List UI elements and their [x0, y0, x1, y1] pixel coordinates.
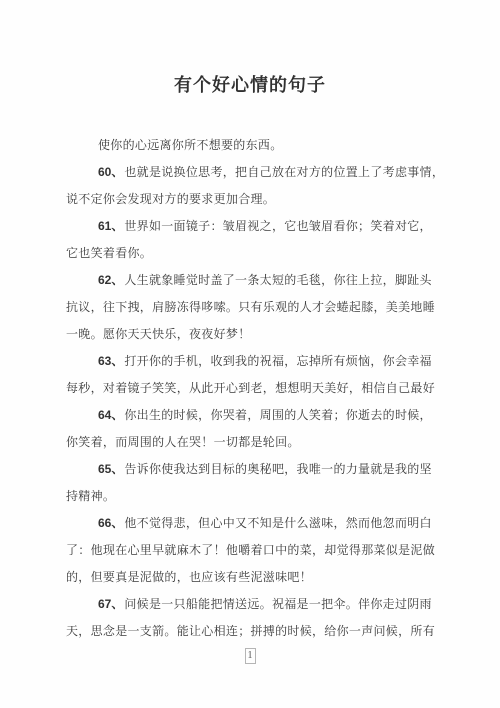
text-line: 持精神。 [66, 483, 438, 510]
line-text: 持精神。 [66, 489, 115, 503]
text-line: 抗议，往下拽，肩膀冻得哆嗦。只有乐观的人才会蜷起膝，美美地睡 [66, 294, 438, 321]
line-text: 也就是说换位思考，把自己放在对方的位置上了考虑事情， [124, 165, 444, 179]
line-text: 人生就象睡觉时盖了一条太短的毛毯，你往上拉，脚趾头 [124, 273, 432, 287]
line-text: 使你的心远离你所不想要的东西。 [98, 138, 283, 152]
text-line: 66、他不觉得悲，但心中又不知是什么滋味，然而他忽而明白 [66, 510, 438, 537]
item-number: 61、 [98, 219, 123, 233]
line-text: 你出生的时候，你哭着，周围的人笑着；你逝去的时候， [124, 408, 432, 422]
page-title: 有个好心情的句子 [0, 72, 500, 98]
text-line: 67、问候是一只船能把情送远。祝福是一把伞。伴你走过阴雨 [66, 591, 438, 618]
line-text: 打开你的手机，收到我的祝福，忘掉所有烦恼，你会幸福 [124, 354, 432, 368]
line-text: 你笑着，而周围的人在哭！一切都是轮回。 [66, 435, 300, 449]
line-text: 一晚。愿你天天快乐，夜夜好梦！ [66, 327, 251, 341]
text-line: 62、人生就象睡觉时盖了一条太短的毛毯，你往上拉，脚趾头 [66, 267, 438, 294]
text-line: 一晚。愿你天天快乐，夜夜好梦！ [66, 321, 438, 348]
text-line: 65、告诉你使我达到目标的奥秘吧，我唯一的力量就是我的坚 [66, 456, 438, 483]
line-text: 了：他现在心里早就麻木了！他嚼着口中的菜，却觉得那菜似是泥做 [66, 543, 435, 557]
text-line: 60、也就是说换位思考，把自己放在对方的位置上了考虑事情， [66, 159, 438, 186]
text-line: 的，但要真是泥做的，也应该有些泥滋味吧！ [66, 564, 438, 591]
item-number: 65、 [98, 462, 123, 476]
text-line: 它也笑着看你。 [66, 240, 438, 267]
text-line: 了：他现在心里早就麻木了！他嚼着口中的菜，却觉得那菜似是泥做 [66, 537, 438, 564]
text-line: 64、你出生的时候，你哭着，周围的人笑着；你逝去的时候， [66, 402, 438, 429]
item-number: 66、 [98, 516, 123, 530]
document-page: 有个好心情的句子 使你的心远离你所不想要的东西。60、也就是说换位思考，把自己放… [0, 0, 500, 708]
line-text: 天，思念是一支箭。能让心相连；拼搏的时候，给你一声问候，所有 [66, 624, 435, 638]
line-text: 说不定你会发现对方的要求更加合理。 [66, 192, 275, 206]
text-line: 61、世界如一面镜子：皱眉视之，它也皱眉看你；笑着对它， [66, 213, 438, 240]
text-line: 你笑着，而周围的人在哭！一切都是轮回。 [66, 429, 438, 456]
text-line: 63、打开你的手机，收到我的祝福，忘掉所有烦恼，你会幸福 [66, 348, 438, 375]
line-text: 抗议，往下拽，肩膀冻得哆嗦。只有乐观的人才会蜷起膝，美美地睡 [66, 300, 435, 314]
item-number: 64、 [98, 408, 123, 422]
line-text: 它也笑着看你。 [66, 246, 152, 260]
line-text: 告诉你使我达到目标的奥秘吧，我唯一的力量就是我的坚 [124, 462, 432, 476]
text-line: 每秒，对着镜子笑笑，从此开心到老，想想明天美好，相信自己最好 [66, 375, 438, 402]
text-line: 天，思念是一支箭。能让心相连；拼搏的时候，给你一声问候，所有 [66, 618, 438, 645]
line-text: 他不觉得悲，但心中又不知是什么滋味，然而他忽而明白 [124, 516, 432, 530]
line-text: 世界如一面镜子：皱眉视之，它也皱眉看你；笑着对它， [124, 219, 432, 233]
line-text: 每秒，对着镜子笑笑，从此开心到老，想想明天美好，相信自己最好 [66, 381, 435, 395]
line-text: 问候是一只船能把情送远。祝福是一把伞。伴你走过阴雨 [124, 597, 432, 611]
text-line: 使你的心远离你所不想要的东西。 [66, 132, 438, 159]
line-text: 的，但要真是泥做的，也应该有些泥滋味吧！ [66, 570, 312, 584]
text-line: 说不定你会发现对方的要求更加合理。 [66, 186, 438, 213]
page-number: 1 [0, 648, 500, 664]
page-number-value: 1 [245, 648, 256, 664]
item-number: 67、 [98, 597, 123, 611]
document-body: 使你的心远离你所不想要的东西。60、也就是说换位思考，把自己放在对方的位置上了考… [66, 132, 438, 645]
item-number: 62、 [98, 273, 123, 287]
item-number: 60、 [98, 165, 123, 179]
item-number: 63、 [98, 354, 123, 368]
